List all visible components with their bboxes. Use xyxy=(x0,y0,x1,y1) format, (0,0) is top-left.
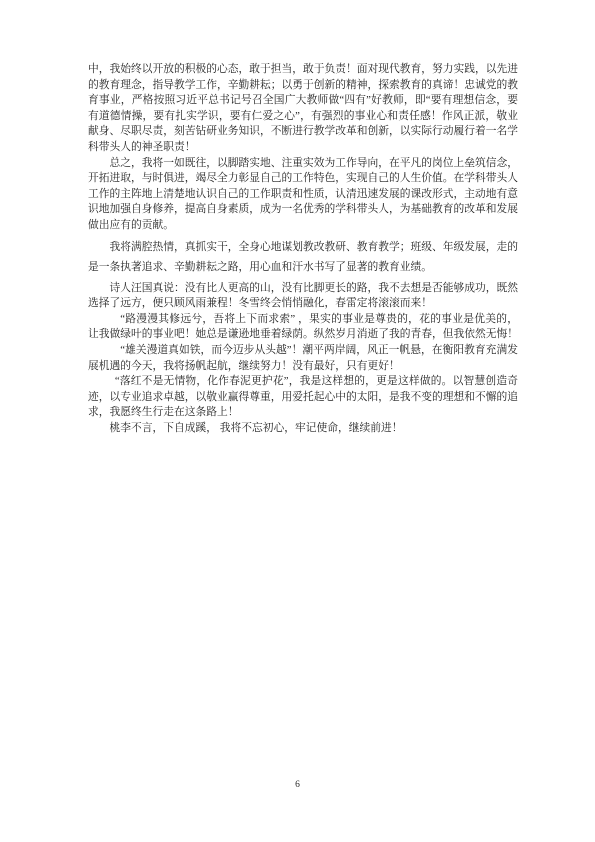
page-number: 6 xyxy=(0,780,595,790)
paragraph-8: 桃李不言，下自成蹊， 我将不忘初心，牢记使命，继续前进！ xyxy=(88,421,518,437)
document-page: 中，我始终以开放的积极的心态，敢于担当，敢于负责！面对现代教育，努力实践，以先进… xyxy=(0,0,595,842)
paragraph-4: 诗人汪国真说：没有比人更高的山，没有比脚更长的路，我不去想是否能够成功，既然选择… xyxy=(88,281,518,312)
paragraph-3: 我将满腔热情，真抓实干，全身心地谋划教改教研、教育教学；班级、年级发展，走的是一… xyxy=(88,237,518,277)
paragraph-5: “路漫漫其修远兮，吾将上下而求索” ，果实的事业是尊贵的，花的事业是优美的，让我… xyxy=(88,312,518,343)
text-block: 中，我始终以开放的积极的心态，敢于担当，敢于负责！面对现代教育，努力实践，以先进… xyxy=(88,62,518,436)
paragraph-7: “落红不是无情物，化作春泥更护花”，我是这样想的，更是这样做的。以智慧创造奇迹，… xyxy=(88,374,518,421)
paragraph-1: 中，我始终以开放的积极的心态，敢于担当，敢于负责！面对现代教育，努力实践，以先进… xyxy=(88,62,518,156)
paragraph-6: “雄关漫道真如铁，而今迈步从头越”！潮平两岸阔，风正一帆悬，在衡阳教育充满发展机… xyxy=(88,343,518,374)
paragraph-2: 总之，我将一如既往，以脚踏实地、注重实效为工作导向，在平凡的岗位上垒筑信念，开拓… xyxy=(88,156,518,234)
